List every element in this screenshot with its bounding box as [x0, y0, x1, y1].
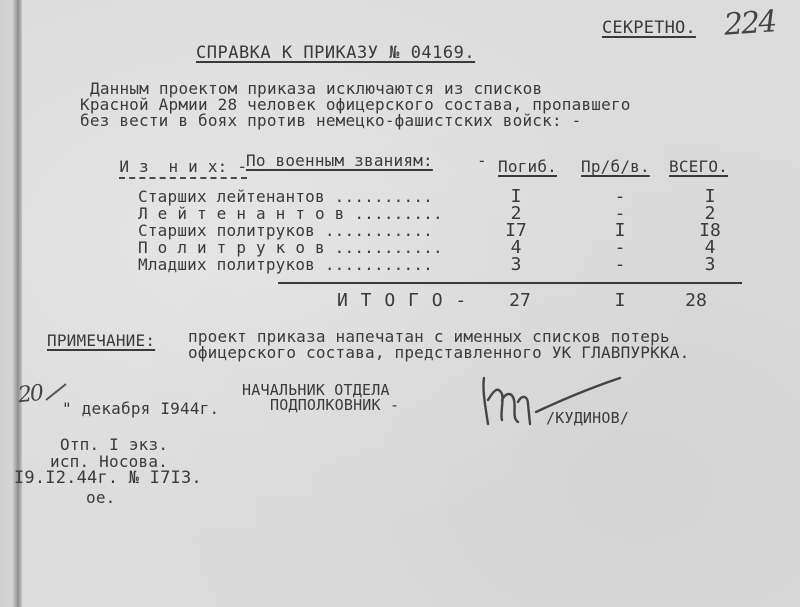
- rank-label: Младших политруков ...........: [138, 256, 433, 273]
- rank-header: По военным званиям:: [246, 152, 433, 169]
- footer-line-1: Отп. I экз.: [60, 436, 168, 453]
- column-header-missing: Пр/б/в.: [581, 158, 650, 175]
- footer-line-3: I9.I2.44г. № I7I3.: [14, 470, 202, 487]
- classification-stamp: СЕКРЕТНО.: [602, 20, 696, 37]
- rank-label: П о л и т р у к о в ...........: [138, 239, 443, 256]
- total-all: 28: [676, 292, 716, 309]
- intro-line-3: без вести в боях против немецко-фашистск…: [80, 112, 581, 129]
- rank-label: Старших лейтенантов ..........: [138, 188, 433, 205]
- total-label: И Т О Г О -: [337, 292, 467, 309]
- handwritten-page-number: 224: [723, 4, 777, 42]
- lead-label-text: И з н и х: -: [119, 157, 247, 179]
- table-lead-label: И з н и х: -: [80, 141, 247, 192]
- column-header-total: ВСЕГО.: [669, 158, 728, 175]
- total-count: 3: [690, 256, 730, 273]
- handwritten-day: 20: [17, 381, 43, 408]
- binding-edge: [0, 0, 22, 607]
- total-divider: [278, 282, 742, 284]
- rank-label: Л е й т е н а н т о в .........: [138, 205, 443, 222]
- note-label: ПРИМЕЧАНИЕ:: [47, 332, 155, 349]
- total-missing: I: [600, 292, 640, 309]
- signatory-name: /КУДИНОВ/: [546, 410, 629, 427]
- document-title: СПРАВКА К ПРИКАЗУ № 04169.: [196, 45, 475, 62]
- rank-label: Старших политруков ...........: [138, 222, 433, 239]
- note-line-2: офицерского состава, представленного УК …: [188, 344, 689, 361]
- total-killed: 27: [500, 292, 540, 309]
- missing-count: -: [600, 256, 640, 273]
- date-text: " декабря I944г.: [62, 400, 219, 417]
- document-page: СЕКРЕТНО. 224 СПРАВКА К ПРИКАЗУ № 04169.…: [0, 0, 800, 607]
- killed-count: 3: [496, 256, 536, 273]
- column-header-killed: Погиб.: [498, 158, 557, 175]
- footer-line-4: ое.: [86, 489, 116, 506]
- rank-header-dash: -: [477, 152, 487, 169]
- position-line-2: ПОДПОЛКОВНИК -: [270, 397, 399, 414]
